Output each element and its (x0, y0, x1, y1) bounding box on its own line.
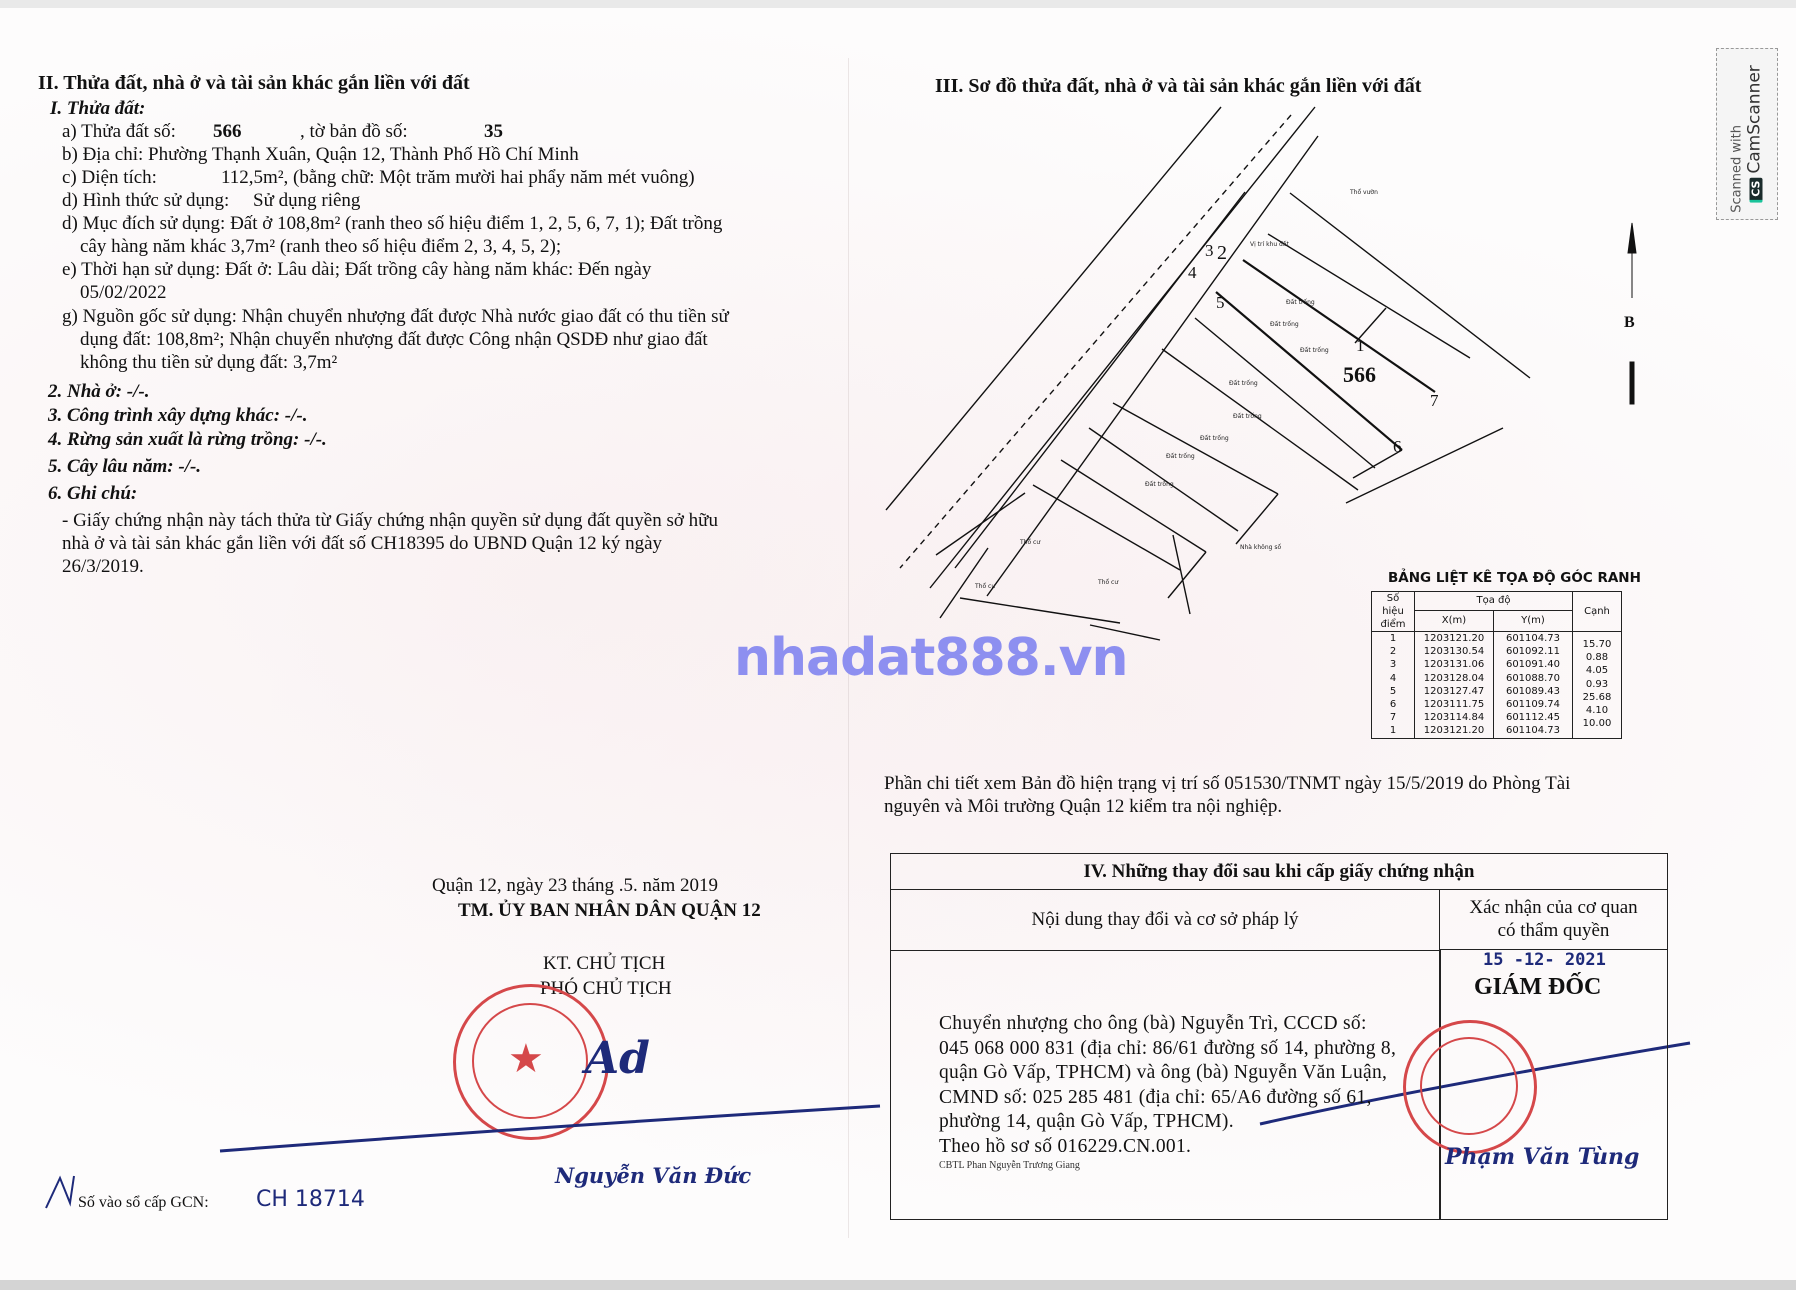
svg-text:Thổ cư: Thổ cư (1097, 579, 1119, 586)
svg-text:Đất trống: Đất trống (1233, 413, 1262, 420)
coord-cell: 4 (1376, 672, 1410, 685)
col-y-values: 601104.73601092.11601091.40601088.706010… (1494, 632, 1573, 739)
col-change-content: Nội dung thay đổi và cơ sở pháp lý (891, 890, 1439, 951)
svg-text:Đất trống: Đất trống (1166, 453, 1195, 460)
edge-cell: 0.88 (1577, 651, 1617, 664)
branch-stamp (1403, 1020, 1537, 1154)
north-label: B (1624, 311, 1635, 334)
edge-cell: 0.93 (1577, 678, 1617, 691)
coord-cell: 3 (1376, 658, 1410, 671)
svg-text:Đất trống: Đất trống (1200, 435, 1229, 442)
coord-table: Số hiệu điểm Tọa độ Cạnh X(m) Y(m) 12345… (1371, 591, 1622, 739)
edge-cell: 10.00 (1577, 717, 1617, 730)
svg-text:Đất trống: Đất trống (1270, 321, 1299, 328)
camscanner-name: CamScanner (1745, 65, 1765, 173)
col-edge: Cạnh (1573, 592, 1622, 632)
confirm-role: GIÁM ĐỐC (1474, 976, 1601, 999)
coord-cell: 1203131.06 (1419, 658, 1489, 671)
coord-cell: 5 (1376, 685, 1410, 698)
coord-cell: 2 (1376, 645, 1410, 658)
col-x: X(m) (1415, 610, 1494, 631)
coord-cell: 1203114.84 (1419, 711, 1489, 724)
coord-cell: 601091.40 (1498, 658, 1568, 671)
watermark: nhadat888.vn (734, 628, 1128, 688)
edge-cell: 4.05 (1577, 664, 1617, 677)
col-point-values: 12345671 (1372, 632, 1415, 739)
change-line: CMND số: 025 285 481 (địa chỉ: 65/A6 đườ… (939, 1086, 1396, 1111)
coord-cell: 1 (1376, 632, 1410, 645)
coord-cell: 601088.70 (1498, 672, 1568, 685)
bottom-border (0, 1280, 1796, 1290)
edge-cell: 15.70 (1577, 638, 1617, 651)
coord-cell: 601112.45 (1498, 711, 1568, 724)
coord-cell: 601089.43 (1498, 685, 1568, 698)
svg-text:7: 7 (1430, 391, 1439, 410)
camscanner-logo-icon: CS (1750, 178, 1763, 203)
branch-stamp-inner (1420, 1037, 1518, 1135)
svg-text:Đất trống: Đất trống (1300, 347, 1329, 354)
svg-text:Thổ vườn: Thổ vườn (1349, 189, 1378, 196)
col-point: Số hiệu điểm (1372, 592, 1415, 632)
svg-text:Nhà không số: Nhà không số (1240, 544, 1281, 551)
coord-cell: 1203111.75 (1419, 698, 1489, 711)
camscanner-badge: Scanned with CSCamScanner (1716, 48, 1778, 220)
svg-text:6: 6 (1393, 437, 1402, 456)
svg-text:Vị trí khu đất: Vị trí khu đất (1250, 241, 1290, 248)
coord-cell: 601092.11 (1498, 645, 1568, 658)
coord-cell: 601104.73 (1498, 632, 1568, 645)
detail-note-line1: Phần chi tiết xem Bản đồ hiện trạng vị t… (884, 772, 1570, 795)
officer-name: CBTL Phan Nguyễn Trương Giang (939, 1160, 1080, 1171)
coord-cell: 1203121.20 (1419, 632, 1489, 645)
confirm-signer: Phạm Văn Tùng (1445, 1144, 1639, 1170)
certificate-page: II. Thửa đất, nhà ở và tài sản khác gắn … (0, 8, 1796, 1280)
detail-note-line2: nguyên và Môi trường Quận 12 kiểm tra nộ… (884, 795, 1282, 818)
coord-cell: 6 (1376, 698, 1410, 711)
coord-cell: 601104.73 (1498, 724, 1568, 737)
svg-text:Thổ cư: Thổ cư (1019, 539, 1041, 546)
col-coords: Tọa độ (1415, 592, 1573, 611)
svg-text:Đất trống: Đất trống (1286, 299, 1315, 306)
svg-text:1: 1 (1356, 336, 1365, 355)
svg-text:4: 4 (1188, 263, 1197, 282)
coord-cell: 1203121.20 (1419, 724, 1489, 737)
col-confirmation-line2: có thẩm quyền (1440, 919, 1667, 942)
svg-text:3: 3 (1205, 241, 1214, 260)
change-line: Chuyển nhượng cho ông (bà) Nguyễn Trì, C… (939, 1012, 1396, 1037)
svg-text:Thổ cư: Thổ cư (974, 583, 996, 590)
coord-cell: 7 (1376, 711, 1410, 724)
edge-cell: 25.68 (1577, 691, 1617, 704)
coord-table-title: BẢNG LIỆT KÊ TỌA ĐỘ GÓC RANH (1388, 567, 1641, 590)
svg-text:5: 5 (1216, 293, 1225, 312)
confirm-date: 15 -12- 2021 (1483, 949, 1606, 972)
col-x-values: 1203121.201203130.541203131.061203128.04… (1415, 632, 1494, 739)
change-line: Theo hồ sơ số 016229.CN.001. (939, 1135, 1396, 1160)
camscanner-label: Scanned with CSCamScanner (1730, 65, 1765, 203)
col-confirmation-line1: Xác nhận của cơ quan (1440, 896, 1667, 919)
col-y: Y(m) (1494, 610, 1573, 631)
change-line: quận Gò Vấp, TPHCM) và ông (bà) Nguyễn V… (939, 1061, 1396, 1086)
map-point-2: 2 (1217, 242, 1227, 264)
svg-text:566: 566 (1343, 362, 1376, 387)
coord-cell: 1203127.47 (1419, 685, 1489, 698)
change-content: Chuyển nhượng cho ông (bà) Nguyễn Trì, C… (939, 1012, 1396, 1159)
svg-text:Đất trống: Đất trống (1145, 481, 1174, 488)
col-confirmation: Xác nhận của cơ quan có thẩm quyền (1439, 890, 1667, 950)
changes-table: IV. Những thay đổi sau khi cấp giấy chứn… (890, 853, 1668, 1220)
coord-cell: 1203128.04 (1419, 672, 1489, 685)
camscanner-line1: Scanned with (1730, 65, 1745, 213)
coord-cell: 1 (1376, 724, 1410, 737)
section4-title: IV. Những thay đổi sau khi cấp giấy chứn… (891, 854, 1667, 890)
col-edge-values: 15.700.884.050.9325.684.1010.00 (1573, 632, 1622, 739)
coord-cell: 601109.74 (1498, 698, 1568, 711)
change-line: phường 14, quận Gò Vấp, TPHCM). (939, 1110, 1396, 1135)
edge-cell: 4.10 (1577, 704, 1617, 717)
coord-cell: 1203130.54 (1419, 645, 1489, 658)
camscanner-line2: CSCamScanner (1745, 65, 1765, 203)
svg-text:Đất trống: Đất trống (1229, 380, 1258, 387)
change-line: 045 068 000 831 (địa chỉ: 86/61 đường số… (939, 1037, 1396, 1062)
